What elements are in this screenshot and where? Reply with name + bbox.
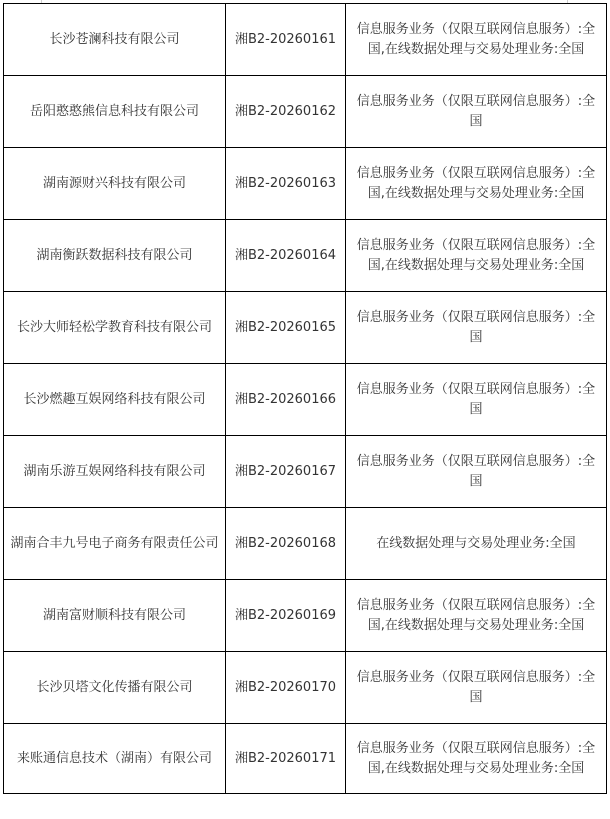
table-row: 岳阳憨憨熊信息科技有限公司 湘B2-20260162 信息服务业务（仅限互联网信…	[4, 76, 607, 148]
table-row: 湖南衡跃数据科技有限公司 湘B2-20260164 信息服务业务（仅限互联网信息…	[4, 220, 607, 292]
table-row: 湖南富财顺科技有限公司 湘B2-20260169 信息服务业务（仅限互联网信息服…	[4, 580, 607, 652]
license-number-cell: 湘B2-20260170	[226, 652, 346, 724]
license-number-cell: 湘B2-20260161	[226, 4, 346, 76]
company-name-cell: 长沙苍澜科技有限公司	[4, 4, 226, 76]
business-scope-cell: 信息服务业务（仅限互联网信息服务）:全国	[346, 76, 607, 148]
license-number-cell: 湘B2-20260168	[226, 508, 346, 580]
business-scope-cell: 信息服务业务（仅限互联网信息服务）:全国,在线数据处理与交易处理业务:全国	[346, 724, 607, 794]
business-scope-cell: 信息服务业务（仅限互联网信息服务）:全国	[346, 292, 607, 364]
license-number-cell: 湘B2-20260166	[226, 364, 346, 436]
table-row: 湖南合丰九号电子商务有限责任公司 湘B2-20260168 在线数据处理与交易处…	[4, 508, 607, 580]
license-number-cell: 湘B2-20260164	[226, 220, 346, 292]
company-name-cell: 湖南合丰九号电子商务有限责任公司	[4, 508, 226, 580]
license-table: 长沙苍澜科技有限公司 湘B2-20260161 信息服务业务（仅限互联网信息服务…	[3, 3, 607, 794]
license-number-cell: 湘B2-20260169	[226, 580, 346, 652]
company-name-cell: 长沙燃趣互娱网络科技有限公司	[4, 364, 226, 436]
business-scope-cell: 在线数据处理与交易处理业务:全国	[346, 508, 607, 580]
company-name-cell: 岳阳憨憨熊信息科技有限公司	[4, 76, 226, 148]
company-name-cell: 长沙大师轻松学教育科技有限公司	[4, 292, 226, 364]
business-scope-cell: 信息服务业务（仅限互联网信息服务）:全国	[346, 436, 607, 508]
company-name-cell: 湖南衡跃数据科技有限公司	[4, 220, 226, 292]
table-row: 长沙贝塔文化传播有限公司 湘B2-20260170 信息服务业务（仅限互联网信息…	[4, 652, 607, 724]
business-scope-cell: 信息服务业务（仅限互联网信息服务）:全国,在线数据处理与交易处理业务:全国	[346, 4, 607, 76]
company-name-cell: 来账通信息技术（湖南）有限公司	[4, 724, 226, 794]
license-number-cell: 湘B2-20260165	[226, 292, 346, 364]
business-scope-cell: 信息服务业务（仅限互联网信息服务）:全国	[346, 364, 607, 436]
license-number-cell: 湘B2-20260171	[226, 724, 346, 794]
table-row: 长沙燃趣互娱网络科技有限公司 湘B2-20260166 信息服务业务（仅限互联网…	[4, 364, 607, 436]
license-number-cell: 湘B2-20260162	[226, 76, 346, 148]
license-number-cell: 湘B2-20260163	[226, 148, 346, 220]
company-name-cell: 长沙贝塔文化传播有限公司	[4, 652, 226, 724]
company-name-cell: 湖南富财顺科技有限公司	[4, 580, 226, 652]
license-number-cell: 湘B2-20260167	[226, 436, 346, 508]
company-name-cell: 湖南源财兴科技有限公司	[4, 148, 226, 220]
business-scope-cell: 信息服务业务（仅限互联网信息服务）:全国,在线数据处理与交易处理业务:全国	[346, 148, 607, 220]
table-row: 来账通信息技术（湖南）有限公司 湘B2-20260171 信息服务业务（仅限互联…	[4, 724, 607, 794]
table-row: 湖南源财兴科技有限公司 湘B2-20260163 信息服务业务（仅限互联网信息服…	[4, 148, 607, 220]
business-scope-cell: 信息服务业务（仅限互联网信息服务）:全国	[346, 652, 607, 724]
business-scope-cell: 信息服务业务（仅限互联网信息服务）:全国,在线数据处理与交易处理业务:全国	[346, 580, 607, 652]
company-name-cell: 湖南乐游互娱网络科技有限公司	[4, 436, 226, 508]
table-row: 长沙苍澜科技有限公司 湘B2-20260161 信息服务业务（仅限互联网信息服务…	[4, 4, 607, 76]
business-scope-cell: 信息服务业务（仅限互联网信息服务）:全国,在线数据处理与交易处理业务:全国	[346, 220, 607, 292]
table-row: 湖南乐游互娱网络科技有限公司 湘B2-20260167 信息服务业务（仅限互联网…	[4, 436, 607, 508]
table-row: 长沙大师轻松学教育科技有限公司 湘B2-20260165 信息服务业务（仅限互联…	[4, 292, 607, 364]
